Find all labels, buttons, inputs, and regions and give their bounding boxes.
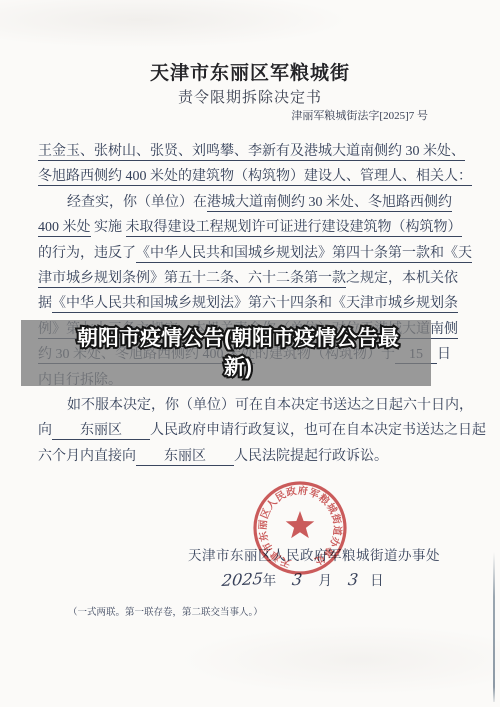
- doc-line: 如不服本决定，你（单位）可在自本决定书送达之日起六十日内，: [38, 393, 464, 418]
- form-text: 的行为，违反了: [38, 246, 136, 261]
- form-text: 实施: [91, 220, 126, 235]
- form-text: 据: [38, 296, 52, 311]
- doc-line: 津市城乡规划条例》第五十二条、六十二条第一款之规定，本机关依: [38, 266, 464, 291]
- date-day-unit: 日: [370, 573, 384, 588]
- doc-line: 经查实，你（单位）在港城大道南侧约 30 米处、冬旭路西侧约: [38, 190, 464, 215]
- form-text: 日: [437, 347, 451, 362]
- filled-in-field: 港城大道南侧约 30 米处、冬旭路西侧约: [207, 195, 452, 212]
- form-text: 人民政府申请行政复议，也可在自本决定书送达之日起: [150, 423, 486, 438]
- filled-in-field: 《中华人民共和国城乡规划法》第四十条第一款和《天: [136, 246, 472, 263]
- scanned-document-page: 天津市东丽区军粮城街 责令限期拆除决定书 津丽军粮城街法字[2025]7 号 王…: [0, 0, 500, 707]
- scan-edge-artifact: [493, 552, 495, 702]
- doc-line: 400 米处 实施 未取得建设工程规划许可证进行建设建筑物（构筑物）: [38, 215, 464, 240]
- copies-note: （一式两联。第一联存卷，第二联交当事人。）: [68, 604, 263, 618]
- seal-star-icon: [286, 511, 315, 538]
- filled-in-field: 《中华人民共和国城乡规划法》第六十四条和《天津市城乡规划条: [52, 296, 458, 313]
- form-text: 之规定，本机关依: [346, 271, 458, 286]
- overlay-headline: 朝阳市疫情公告(朝阳市疫情公告最新): [68, 324, 408, 382]
- filled-in-field: 未取得建设工程规划许可证进行建设建筑物（构筑物）: [126, 220, 462, 237]
- doc-line: 据《中华人民共和国城乡规划法》第六十四条和《天津市城乡规划条: [38, 291, 464, 316]
- filled-in-field: 王金玉、张树山、张贤、刘鸣攀、李新有及港城大道南侧约 30 米处、: [38, 144, 465, 161]
- filled-in-field: 东丽区: [52, 423, 150, 440]
- document-subtitle: 责令限期拆除决定书: [0, 86, 500, 107]
- form-text: 六个月内直接向: [38, 449, 136, 464]
- filled-in-field: 400 米处: [38, 220, 91, 237]
- official-red-seal: 天津市东丽区人民政府军粮城街道办事处: [250, 478, 350, 578]
- doc-line: 冬旭路西侧约 400 米处的建筑物（构筑物）建设人、管理人、相关人：: [38, 164, 464, 189]
- doc-line: 的行为，违反了《中华人民共和国城乡规划法》第四十条第一款和《天: [38, 241, 464, 266]
- form-text: 经查实，你（单位）在: [67, 195, 207, 210]
- doc-line: 王金玉、张树山、张贤、刘鸣攀、李新有及港城大道南侧约 30 米处、: [38, 139, 464, 164]
- document-body: 王金玉、张树山、张贤、刘鸣攀、李新有及港城大道南侧约 30 米处、冬旭路西侧约 …: [38, 139, 464, 469]
- doc-line: 六个月内直接向 东丽区 人民法院提起行政诉讼。: [38, 444, 464, 469]
- filled-in-field: 冬旭路西侧约 400 米处的建筑物（构筑物）建设人、管理人、相关人：: [38, 169, 472, 186]
- doc-line: 向 东丽区 人民政府申请行政复议，也可在自本决定书送达之日起: [38, 418, 464, 443]
- document-number: 津丽军粮城街法字[2025]7 号: [291, 107, 428, 123]
- filled-in-field: 东丽区: [136, 449, 234, 466]
- watermark-overlay-band: 朝阳市疫情公告(朝阳市疫情公告最新): [21, 320, 431, 386]
- document-title: 天津市东丽区军粮城街: [0, 58, 500, 85]
- form-text: 向: [38, 423, 52, 438]
- form-text: 人民法院提起行政诉讼。: [234, 449, 388, 464]
- form-text: 如不服本决定，你（单位）可在自本决定书送达之日起六十日内，: [67, 398, 473, 413]
- filled-in-field: 津市城乡规划条例》第五十二条、六十二条第一款: [38, 271, 346, 288]
